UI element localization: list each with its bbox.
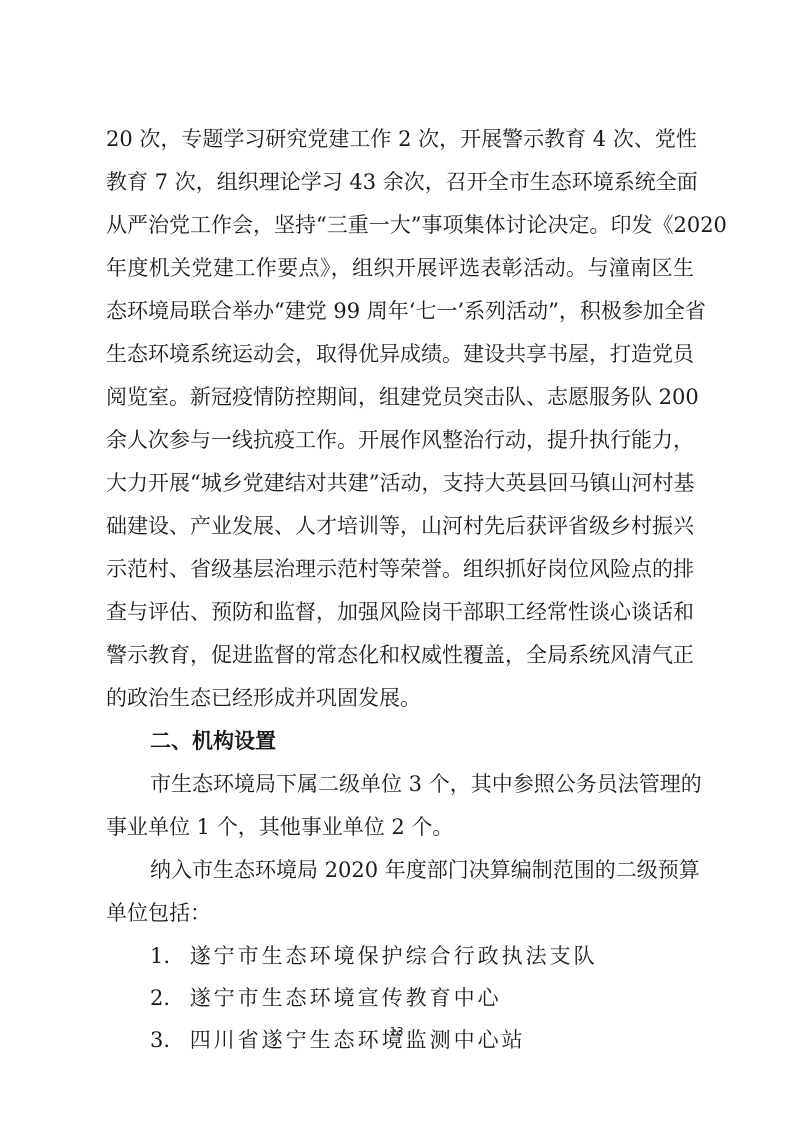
text-line: 市生态环境局下属二级单位 3 个，其中参照公务员法管理的 (106, 763, 694, 806)
text-line: 教育 7 次，组织理论学习 43 余次，召开全市生态环境系统全面 (106, 161, 694, 204)
page-number: 13 (0, 1025, 793, 1038)
body-text: 20 次，专题学习研究党建工作 2 次，开展警示教育 4 次、党性 教育 7 次… (106, 118, 694, 1061)
document-page: 20 次，专题学习研究党建工作 2 次，开展警示教育 4 次、党性 教育 7 次… (0, 0, 793, 1122)
text-line: 阅览室。新冠疫情防控期间，组建党员突击队、志愿服务队 200 (106, 376, 694, 419)
text-line: 态环境局联合举办“建党 99 周年‘七一’系列活动”，积极参加全省 (106, 290, 694, 333)
list-number: 2. (150, 977, 180, 1019)
text-line: 础建设、产业发展、人才培训等，山河村先后获评省级乡村振兴 (106, 505, 694, 548)
text-line: 年度机关党建工作要点》，组织开展评选表彰活动。与潼南区生 (106, 247, 694, 290)
text-line: 的政治生态已经形成并巩固发展。 (106, 677, 694, 720)
text-line: 查与评估、预防和监督，加强风险岗干部职工经常性谈心谈话和 (106, 591, 694, 634)
text-line: 20 次，专题学习研究党建工作 2 次，开展警示教育 4 次、党性 (106, 118, 694, 161)
text-line: 警示教育，促进监督的常态化和权威性覆盖，全局系统风清气正 (106, 634, 694, 677)
text-line: 生态环境系统运动会，取得优异成绩。建设共享书屋，打造党员 (106, 333, 694, 376)
budget-scope-paragraph: 纳入市生态环境局 2020 年度部门决算编制范围的二级预算 单位包括： (106, 849, 694, 935)
subordinate-units-paragraph: 市生态环境局下属二级单位 3 个，其中参照公务员法管理的 事业单位 1 个，其他… (106, 763, 694, 849)
list-item: 2. 遂宁市生态环境宣传教育中心 (106, 977, 694, 1019)
party-building-paragraph: 20 次，专题学习研究党建工作 2 次，开展警示教育 4 次、党性 教育 7 次… (106, 118, 694, 720)
unit-name: 遂宁市生态环境保护综合行政执法支队 (190, 944, 598, 968)
unit-list: 1. 遂宁市生态环境保护综合行政执法支队 2. 遂宁市生态环境宣传教育中心 3.… (106, 935, 694, 1061)
text-line: 余人次参与一线抗疫工作。开展作风整治行动，提升执行能力， (106, 419, 694, 462)
text-line: 纳入市生态环境局 2020 年度部门决算编制范围的二级预算 (106, 849, 694, 892)
list-number: 1. (150, 935, 180, 977)
unit-name: 遂宁市生态环境宣传教育中心 (190, 986, 502, 1010)
text-line: 单位包括： (106, 892, 694, 935)
text-line: 事业单位 1 个，其他事业单位 2 个。 (106, 806, 694, 849)
section-heading: 二、机构设置 (106, 720, 694, 763)
text-line: 从严治党工作会，坚持“三重一大”事项集体讨论决定。印发《2020 (106, 204, 694, 247)
list-item: 1. 遂宁市生态环境保护综合行政执法支队 (106, 935, 694, 977)
text-line: 示范村、省级基层治理示范村等荣誉。组织抓好岗位风险点的排 (106, 548, 694, 591)
text-line: 大力开展“城乡党建结对共建”活动，支持大英县回马镇山河村基 (106, 462, 694, 505)
